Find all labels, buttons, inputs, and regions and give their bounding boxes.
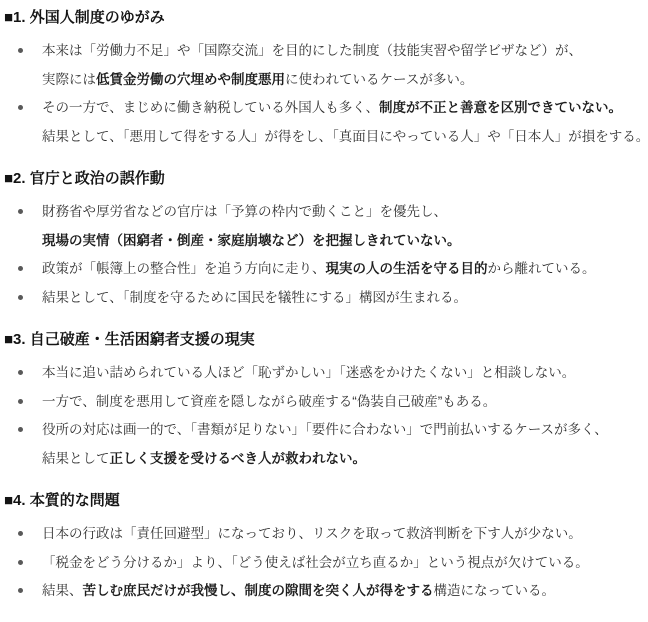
bullet-list: 日本の行政は「責任回避型」になっており、リスクを取って救済判断を下す人が少ない。…: [4, 520, 646, 606]
text-run: 政策が「帳簿上の整合性」を追う方向に走り、: [42, 261, 326, 276]
list-item: 政策が「帳簿上の整合性」を追う方向に走り、現実の人の生活を守る目的から離れている…: [4, 255, 646, 284]
bullet-text: 一方で、制度を悪用して資産を隠しながら破産する“偽装自己破産”もある。: [42, 388, 646, 417]
text-run-bold: 現実の人の生活を守る目的: [326, 261, 488, 276]
list-item: 本当に追い詰められている人ほど「恥ずかしい」「迷惑をかけたくない」と相談しない。: [4, 359, 646, 388]
text-line: 実際には低賃金労働の穴埋めや制度悪用に使われているケースが多い。: [42, 66, 646, 95]
text-run: 本来は「労働力不足」や「国際交流」を目的にした制度（技能実習や留学ビザなど）が、: [42, 43, 582, 58]
text-line: 本当に追い詰められている人ほど「恥ずかしい」「迷惑をかけたくない」と相談しない。: [42, 359, 646, 388]
bullet-icon: [18, 295, 23, 300]
text-run-bold: 現場の実情（困窮者・倒産・家庭崩壊など）を把握しきれていない。: [42, 233, 461, 248]
bullet-icon: [18, 266, 23, 271]
section-heading: ■2. 官庁と政治の誤作動: [4, 170, 646, 187]
text-run: 実際には: [42, 72, 96, 87]
text-line: 政策が「帳簿上の整合性」を追う方向に走り、現実の人の生活を守る目的から離れている…: [42, 255, 646, 284]
bullet-list: 本当に追い詰められている人ほど「恥ずかしい」「迷惑をかけたくない」と相談しない。…: [4, 359, 646, 473]
text-run: 結果として、「悪用して得をする人」が得をし、「真面目にやっている人」や「日本人」…: [42, 129, 648, 144]
text-line: 財務省や厚労省などの官庁は「予算の枠内で動くこと」を優先し、: [42, 198, 646, 227]
text-line: 結果、苦しむ庶民だけが我慢し、制度の隙間を突く人が得をする構造になっている。: [42, 577, 646, 606]
section-1: ■1. 外国人制度のゆがみ本来は「労働力不足」や「国際交流」を目的にした制度（技…: [4, 9, 646, 151]
bullet-text: 役所の対応は画一的で、「書類が足りない」「要件に合わない」で門前払いするケースが…: [42, 416, 646, 473]
text-run: 日本の行政は「責任回避型」になっており、リスクを取って救済判断を下す人が少ない。: [42, 526, 582, 541]
bullet-text: 財務省や厚労省などの官庁は「予算の枠内で動くこと」を優先し、現場の実情（困窮者・…: [42, 198, 646, 255]
text-line: 一方で、制度を悪用して資産を隠しながら破産する“偽装自己破産”もある。: [42, 388, 646, 417]
section-heading: ■4. 本質的な問題: [4, 492, 646, 509]
text-run: 構造になっている。: [434, 583, 556, 598]
document-body: ■1. 外国人制度のゆがみ本来は「労働力不足」や「国際交流」を目的にした制度（技…: [0, 0, 648, 622]
section-2: ■2. 官庁と政治の誤作動財務省や厚労省などの官庁は「予算の枠内で動くこと」を優…: [4, 170, 646, 312]
text-run: その一方で、まじめに働き納税している外国人も多く、: [42, 100, 379, 115]
text-run: 役所の対応は画一的で、「書類が足りない」「要件に合わない」で門前払いするケースが…: [42, 422, 608, 437]
text-run: 「税金をどう分けるか」より、「どう使えば社会が立ち直るか」という視点が欠けている…: [42, 555, 589, 570]
bullet-text: 結果として、「制度を守るために国民を犠牲にする」構図が生まれる。: [42, 284, 646, 313]
bullet-icon: [18, 399, 23, 404]
list-item: その一方で、まじめに働き納税している外国人も多く、制度が不正と善意を区別できてい…: [4, 94, 646, 151]
text-run-bold: 制度が不正と善意を区別できていない。: [379, 100, 622, 115]
text-run: 本当に追い詰められている人ほど「恥ずかしい」「迷惑をかけたくない」と相談しない。: [42, 365, 575, 380]
bullet-icon: [18, 370, 23, 375]
text-run: 財務省や厚労省などの官庁は「予算の枠内で動くこと」を優先し、: [42, 204, 447, 219]
text-line: 結果として正しく支援を受けるべき人が救われない。: [42, 445, 646, 474]
text-run-bold: 正しく支援を受けるべき人が救われない。: [110, 451, 367, 466]
list-item: 結果、苦しむ庶民だけが我慢し、制度の隙間を突く人が得をする構造になっている。: [4, 577, 646, 606]
text-run: 結果として、「制度を守るために国民を犠牲にする」構図が生まれる。: [42, 290, 467, 305]
bullet-text: 本来は「労働力不足」や「国際交流」を目的にした制度（技能実習や留学ビザなど）が、…: [42, 37, 646, 94]
list-item: 一方で、制度を悪用して資産を隠しながら破産する“偽装自己破産”もある。: [4, 388, 646, 417]
section-heading: ■1. 外国人制度のゆがみ: [4, 9, 646, 26]
text-run: 一方で、制度を悪用して資産を隠しながら破産する“偽装自己破産”もある。: [42, 394, 496, 409]
bullet-icon: [18, 105, 23, 110]
bullet-list: 本来は「労働力不足」や「国際交流」を目的にした制度（技能実習や留学ビザなど）が、…: [4, 37, 646, 151]
list-item: 本来は「労働力不足」や「国際交流」を目的にした制度（技能実習や留学ビザなど）が、…: [4, 37, 646, 94]
text-line: 結果として、「制度を守るために国民を犠牲にする」構図が生まれる。: [42, 284, 646, 313]
bullet-text: 「税金をどう分けるか」より、「どう使えば社会が立ち直るか」という視点が欠けている…: [42, 549, 646, 578]
list-item: 日本の行政は「責任回避型」になっており、リスクを取って救済判断を下す人が少ない。: [4, 520, 646, 549]
text-line: 本来は「労働力不足」や「国際交流」を目的にした制度（技能実習や留学ビザなど）が、: [42, 37, 646, 66]
bullet-icon: [18, 588, 23, 593]
bullet-text: その一方で、まじめに働き納税している外国人も多く、制度が不正と善意を区別できてい…: [42, 94, 646, 151]
bullet-list: 財務省や厚労省などの官庁は「予算の枠内で動くこと」を優先し、現場の実情（困窮者・…: [4, 198, 646, 312]
text-run-bold: 低賃金労働の穴埋めや制度悪用: [96, 72, 285, 87]
text-run: から離れている。: [488, 261, 596, 276]
text-line: 結果として、「悪用して得をする人」が得をし、「真面目にやっている人」や「日本人」…: [42, 123, 646, 152]
bullet-icon: [18, 427, 23, 432]
section-heading: ■3. 自己破産・生活困窮者支援の現実: [4, 331, 646, 348]
bullet-icon: [18, 48, 23, 53]
bullet-text: 日本の行政は「責任回避型」になっており、リスクを取って救済判断を下す人が少ない。: [42, 520, 646, 549]
bullet-text: 本当に追い詰められている人ほど「恥ずかしい」「迷惑をかけたくない」と相談しない。: [42, 359, 646, 388]
list-item: 結果として、「制度を守るために国民を犠牲にする」構図が生まれる。: [4, 284, 646, 313]
bullet-text: 政策が「帳簿上の整合性」を追う方向に走り、現実の人の生活を守る目的から離れている…: [42, 255, 646, 284]
text-run-bold: 苦しむ庶民だけが我慢し、制度の隙間を突く人が得をする: [83, 583, 434, 598]
section-3: ■3. 自己破産・生活困窮者支援の現実本当に追い詰められている人ほど「恥ずかしい…: [4, 331, 646, 473]
list-item: 役所の対応は画一的で、「書類が足りない」「要件に合わない」で門前払いするケースが…: [4, 416, 646, 473]
text-line: 「税金をどう分けるか」より、「どう使えば社会が立ち直るか」という視点が欠けている…: [42, 549, 646, 578]
text-line: その一方で、まじめに働き納税している外国人も多く、制度が不正と善意を区別できてい…: [42, 94, 646, 123]
bullet-icon: [18, 560, 23, 565]
text-run: に使われているケースが多い。: [285, 72, 473, 87]
bullet-text: 結果、苦しむ庶民だけが我慢し、制度の隙間を突く人が得をする構造になっている。: [42, 577, 646, 606]
text-line: 現場の実情（困窮者・倒産・家庭崩壊など）を把握しきれていない。: [42, 227, 646, 256]
text-line: 役所の対応は画一的で、「書類が足りない」「要件に合わない」で門前払いするケースが…: [42, 416, 646, 445]
list-item: 「税金をどう分けるか」より、「どう使えば社会が立ち直るか」という視点が欠けている…: [4, 549, 646, 578]
sections-container: ■1. 外国人制度のゆがみ本来は「労働力不足」や「国際交流」を目的にした制度（技…: [4, 9, 646, 606]
text-line: 日本の行政は「責任回避型」になっており、リスクを取って救済判断を下す人が少ない。: [42, 520, 646, 549]
bullet-icon: [18, 531, 23, 536]
list-item: 財務省や厚労省などの官庁は「予算の枠内で動くこと」を優先し、現場の実情（困窮者・…: [4, 198, 646, 255]
bullet-icon: [18, 209, 23, 214]
section-4: ■4. 本質的な問題日本の行政は「責任回避型」になっており、リスクを取って救済判…: [4, 492, 646, 606]
text-run: 結果として: [42, 451, 110, 466]
text-run: 結果、: [42, 583, 83, 598]
